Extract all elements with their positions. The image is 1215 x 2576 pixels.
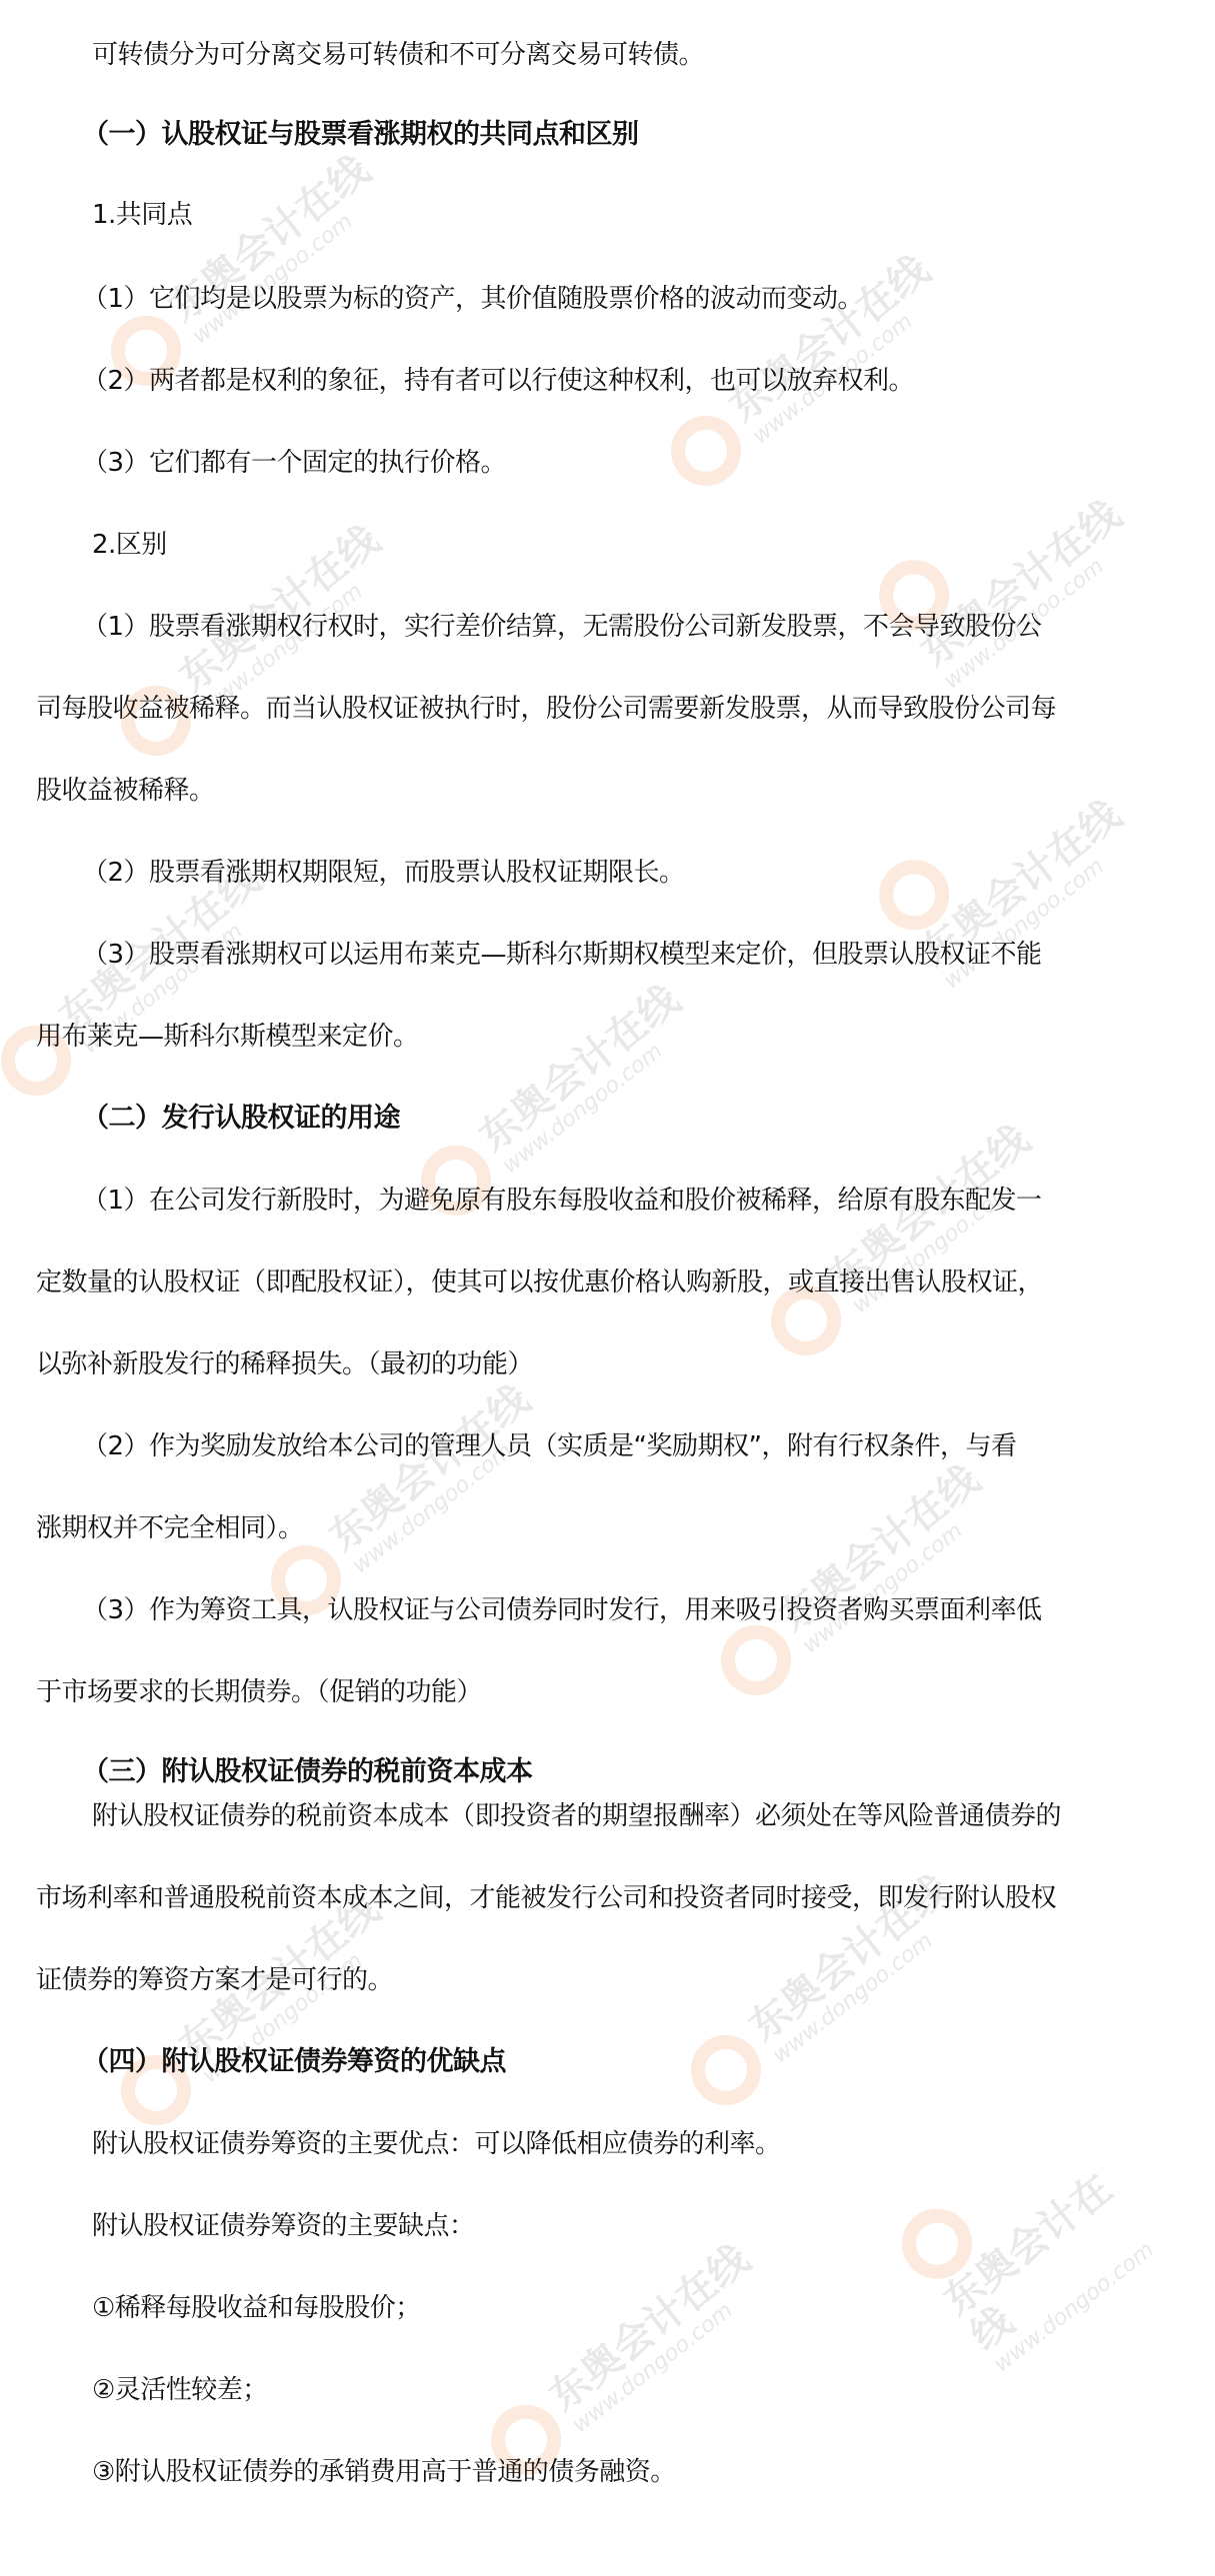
difference-1-line-2: 司每股收益被稀释。而当认股权证被执行时，股份公司需要新发股票，从而导致股份公司每: [36, 692, 1056, 726]
advantage-text: 附认股权证债券筹资的主要优点：可以降低相应债券的利率。: [92, 2127, 781, 2161]
disadvantage-2: ②灵活性较差；: [92, 2373, 268, 2407]
use-1-line-2: 定数量的认股权证（即配股权证），使其可以按优惠价格认购新股，或直接出售认股权证，: [36, 1266, 1043, 1299]
watermark-logo-icon: [865, 846, 963, 944]
difference-1-line-1: （1）股票看涨期权行权时，实行差价结算，无需股份公司新发股票，不会导致股份公: [82, 610, 1042, 644]
disadvantage-1: ①稀释每股收益和每股股价；: [92, 2291, 421, 2325]
pretax-cost-line-3: 证债券的筹资方案才是可行的。: [36, 1963, 393, 1997]
pretax-cost-line-2: 市场利率和普通股税前资本成本之间，才能被发行公司和投资者同时接受，即发行附认股权: [36, 1881, 1056, 1915]
document-page: 东奥会计在线www.dongoo.com 东奥会计在线www.dongoo.co…: [0, 0, 1215, 2576]
watermark: 东奥会计在线www.dongoo.com: [0, 857, 283, 1110]
watermark-logo-icon: [888, 2194, 986, 2292]
watermark: 东奥会计在线www.dongoo.com: [757, 1117, 1053, 1369]
common-point-1: （1）它们均是以股票为标的资产，其价值随股票价格的波动而变动。: [82, 282, 863, 316]
watermark: 东奥会计在线www.dongoo.com: [107, 1886, 403, 2139]
subheading-differences: 2.区别: [92, 528, 167, 562]
disadvantage-intro: 附认股权证债券筹资的主要缺点：: [92, 2209, 475, 2243]
intro-paragraph: 可转债分为可分离交易可转债和不可分离交易可转债。: [92, 38, 704, 72]
watermark: 东奥会计在线www.dongoo.com: [257, 1376, 553, 1629]
common-point-2: （2）两者都是权利的象征，持有者可以行使这种权利，也可以放弃权利。: [82, 364, 914, 398]
use-2-line-2: 涨期权并不完全相同）。: [36, 1511, 304, 1545]
difference-1-line-3: 股收益被稀释。: [36, 774, 215, 808]
section-heading-4: （四）附认股权证债券筹资的优缺点: [82, 2045, 506, 2079]
difference-3-line-1: （3）股票看涨期权可以运用布莱克—斯科尔斯期权模型来定价，但股票认股权证不能: [82, 938, 1042, 972]
watermark: 东奥会计在线www.dongoo.com: [888, 2105, 1169, 2381]
use-2-line-1: （2）作为奖励发放给本公司的管理人员（实质是“奖励期权”，附有行权条件，与看: [82, 1429, 1016, 1463]
watermark: 东奥会计在线www.dongoo.com: [477, 2236, 773, 2489]
section-heading-1: （一）认股权证与股票看涨期权的共同点和区别: [82, 118, 639, 152]
subheading-common-points: 1.共同点: [92, 198, 192, 232]
watermark-logo-icon: [657, 402, 755, 500]
disadvantage-3: ③附认股权证债券的承销费用高于普通的债务融资。: [92, 2455, 676, 2489]
use-1-line-1: （1）在公司发行新股时，为避免原有股东每股收益和股价被稀释，给原有股东配发一: [82, 1184, 1042, 1218]
watermark-logo-icon: [677, 2021, 775, 2119]
pretax-cost-line-1: 附认股权证债券的税前资本成本（即投资者的期望报酬率）必须处在等风险普通债券的: [92, 1799, 1061, 1833]
section-heading-3: （三）附认股权证债券的税前资本成本: [82, 1755, 533, 1789]
watermark: 东奥会计在线www.dongoo.com: [865, 426, 1159, 698]
use-3-line-2: 于市场要求的长期债券。（促销的功能）: [36, 1675, 482, 1709]
watermark: 东奥会计在线www.dongoo.com: [97, 147, 393, 400]
watermark: 东奥会计在线www.dongoo.com: [707, 1456, 1003, 1709]
use-1-line-3: 以弥补新股发行的稀释损失。（最初的功能）: [36, 1347, 533, 1381]
use-3-line-1: （3）作为筹资工具，认股权证与公司债券同时发行，用来吸引投资者购买票面利率低: [82, 1593, 1042, 1627]
section-heading-2: （二）发行认股权证的用途: [82, 1102, 400, 1136]
common-point-3: （3）它们都有一个固定的执行价格。: [82, 446, 506, 480]
difference-2: （2）股票看涨期权期限短，而股票认股权证期限长。: [82, 856, 685, 890]
difference-3-line-2: 用布莱克—斯科尔斯模型来定价。: [36, 1020, 419, 1054]
